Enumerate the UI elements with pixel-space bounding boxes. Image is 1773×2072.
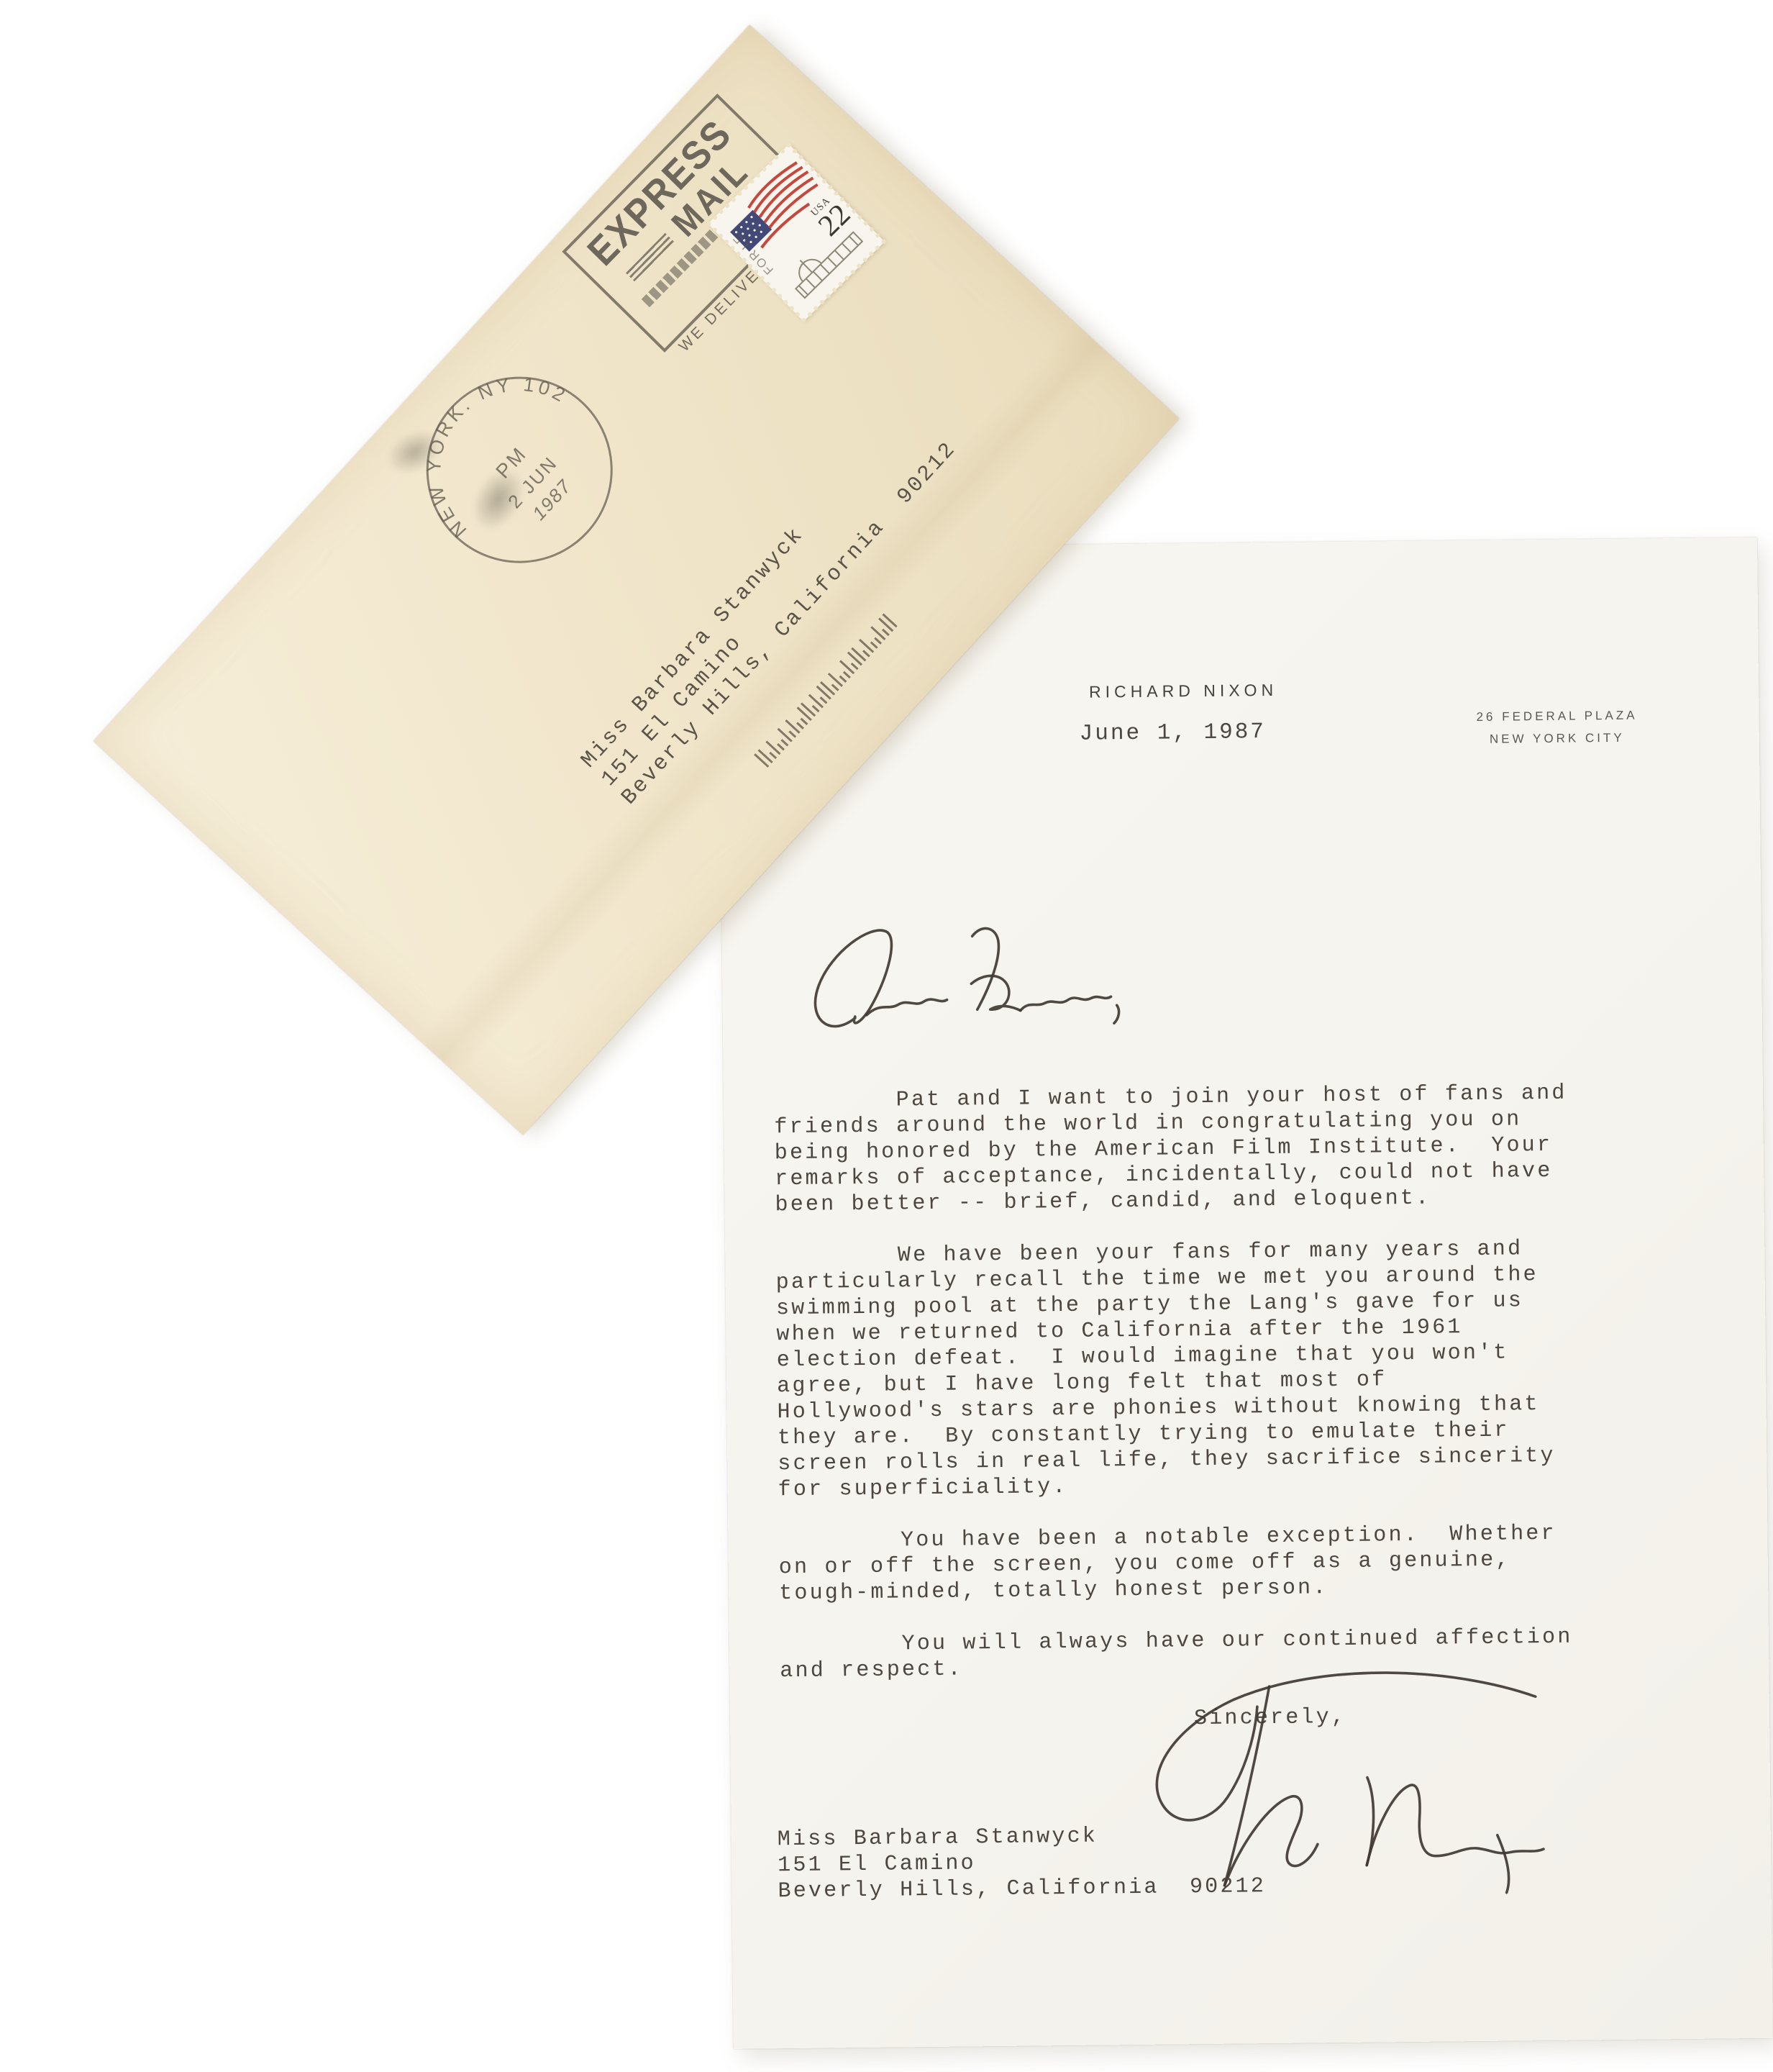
barcode-bar xyxy=(812,705,820,712)
letterhead-address-line2: NEW YORK CITY xyxy=(1459,726,1655,750)
paragraph-3: You have been a notable exception. Wheth… xyxy=(778,1520,1628,1607)
barcode-bar xyxy=(780,739,788,746)
handwritten-salutation xyxy=(790,907,1130,1048)
barcode-bar xyxy=(800,718,808,725)
barcode-bar xyxy=(788,730,796,737)
barcode-bar xyxy=(851,663,859,670)
letterhead-address: 26 FEDERAL PLAZA NEW YORK CITY xyxy=(1459,704,1655,750)
barcode-bar xyxy=(839,676,847,683)
letter-page: RICHARD NIXON June 1, 1987 26 FEDERAL PL… xyxy=(718,537,1773,2049)
letterhead-address-line1: 26 FEDERAL PLAZA xyxy=(1459,704,1654,728)
barcode-bar xyxy=(820,696,828,704)
barcode-bar xyxy=(777,743,785,750)
barcode-bar xyxy=(843,671,851,678)
barcode-bar xyxy=(769,752,777,759)
paragraph-2: We have been your fans for many years an… xyxy=(775,1235,1627,1503)
barcode-bar xyxy=(862,650,870,657)
barcode-bar xyxy=(796,722,804,730)
barcode-bar xyxy=(870,641,878,648)
letter-date: June 1, 1987 xyxy=(1080,719,1267,747)
photo-of-letter-and-envelope: RICHARD NIXON June 1, 1987 26 FEDERAL PL… xyxy=(0,0,1773,2072)
barcode-bar xyxy=(874,637,882,645)
barcode-bar xyxy=(831,683,839,691)
recipient-address-block: Miss Barbara Stanwyck 151 El Camino Beve… xyxy=(778,1822,1267,1904)
paragraph-1: Pat and I want to join your host of fans… xyxy=(774,1080,1624,1218)
letterhead-name: RICHARD NIXON xyxy=(1007,680,1359,703)
barcode-bar xyxy=(882,629,890,636)
